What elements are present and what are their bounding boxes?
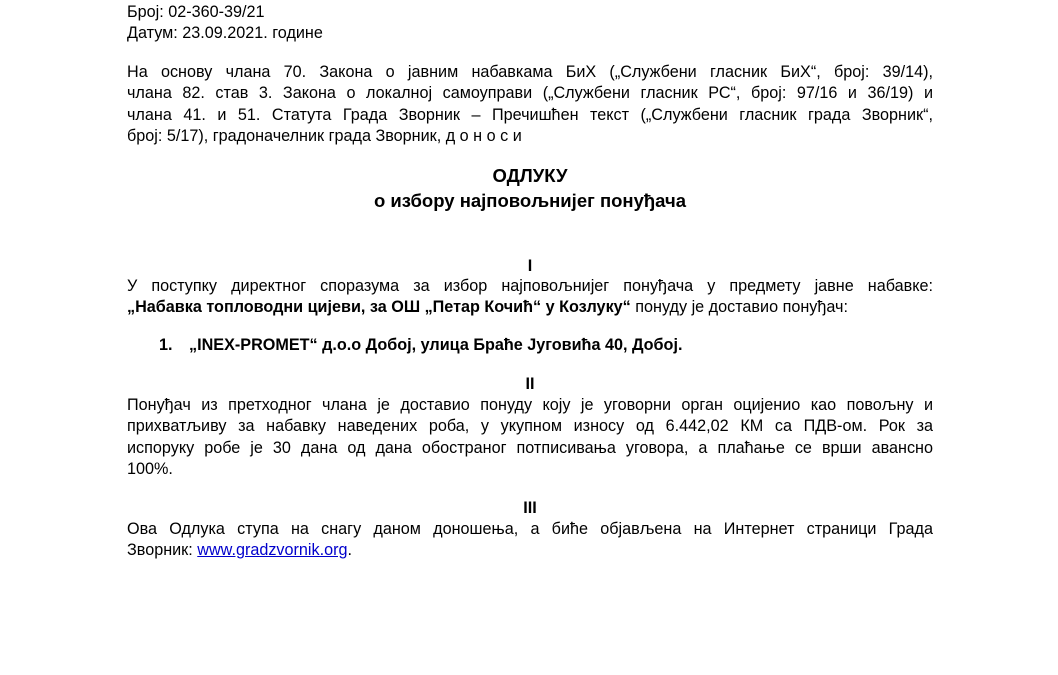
title-subtitle: о избору најповољнијег понуђача [127,188,933,213]
section-1-paragraph: У поступку директног споразума за избор … [127,276,933,319]
section-numeral-1: I [127,256,933,276]
section-1-line: „Набавка топловодни цијеви, за ОШ „Петар… [127,297,933,318]
section-2-line: 100%. [127,459,933,480]
bidder-list-item: 1.„INEX-PROMET“ д.о.о Добој, улица Браће… [159,335,682,356]
section-2-paragraph: Понуђач из претходног члана је доставио … [127,395,933,480]
section-3-suffix: . [348,541,353,559]
section-1-line: У поступку директног споразума за избор … [127,276,933,297]
section-3-prefix: Зворник: [127,541,197,559]
list-number: 1. [159,335,189,356]
section-2-line: прихватљиву за набавку наведених роба, у… [127,416,933,437]
intro-line: На основу члана 70. Закона о јавним наба… [127,62,933,83]
intro-line: број: 5/17), градоначелник града Зворник… [127,126,933,147]
section-numeral-2: II [127,374,933,394]
intro-line: члана 41. и 51. Статута Града Зворник – … [127,105,933,126]
section-3-line: Зворник: www.gradzvornik.org. [127,540,933,561]
title-main: ОДЛУКУ [127,163,933,188]
section-3-paragraph: Ова Одлука ступа на снагу даном доношења… [127,519,933,562]
section-1-line-rest: понуду је доставио понуђач: [631,298,848,316]
website-link[interactable]: www.gradzvornik.org [197,541,347,559]
section-3-line: Ова Одлука ступа на снагу даном доношења… [127,519,933,540]
section-2-line: Понуђач из претходног члана је доставио … [127,395,933,416]
procurement-subject: „Набавка топловодни цијеви, за ОШ „Петар… [127,298,631,316]
document-date: Датум: 23.09.2021. године [127,23,323,44]
document-number: Број: 02-360-39/21 [127,2,323,23]
section-2-line: испоруку робе је 30 дана од дана обостра… [127,438,933,459]
document-header: Број: 02-360-39/21 Датум: 23.09.2021. го… [127,2,323,44]
intro-line: члана 82. став 3. Закона о локалној само… [127,83,933,104]
bidder-name: „INEX-PROMET“ д.о.о Добој, улица Браће Ј… [189,336,682,354]
section-numeral-3: III [127,498,933,518]
decision-title: ОДЛУКУ о избору најповољнијег понуђача [127,163,933,213]
intro-paragraph: На основу члана 70. Закона о јавним наба… [127,62,933,147]
